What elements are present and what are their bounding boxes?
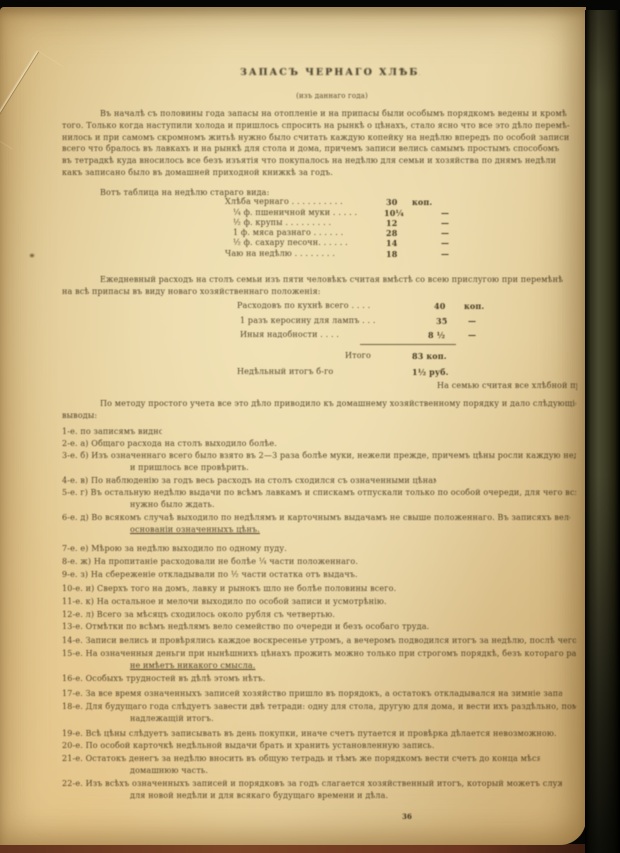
scan-text-layer: ЗАПАСЪ ЧЕРНАГО ХЛѢБА(изъ даннаго года)Въ…: [0, 0, 620, 853]
text-line: 21-е. Остатокъ денегъ за недѣлю вносить …: [62, 754, 540, 764]
text-line: ¼ ф. пшеничной муки . . . . .: [233, 208, 377, 218]
text-line: нилось и при самомъ скромномъ житьѣ нужн…: [62, 133, 576, 143]
text-line: 30: [386, 197, 410, 207]
text-line: и пришлось все провѣрить.: [130, 463, 294, 473]
text-line: коп.: [464, 301, 498, 311]
text-line: Итого: [345, 351, 393, 361]
text-line: 12-е. л) Всего за мѣсяцъ сходилось около…: [62, 610, 382, 620]
text-line: 17-е. За все время означенныхъ записей х…: [62, 689, 562, 699]
text-line: Въ началѣ съ половины года запасы на ото…: [100, 109, 576, 119]
text-line: —: [468, 316, 482, 326]
text-line: —: [441, 228, 455, 238]
text-line: 18: [386, 249, 410, 259]
text-line: Иныя надобности . . . .: [240, 330, 370, 340]
text-line: 1 ф. мяса разнаго . . . . . .: [233, 228, 377, 238]
text-line: Хлѣба чернаго . . . . . . . . . .: [225, 197, 377, 207]
text-line: Чаю на недѣлю . . . . . . . .: [225, 249, 377, 259]
text-line: 28: [386, 228, 410, 238]
text-line: —: [441, 238, 455, 248]
text-line: въ тетрадкѣ куда вносилось все безъ изъя…: [62, 156, 576, 166]
text-line: —: [441, 249, 455, 259]
text-line: нужно было ждать.: [130, 500, 234, 510]
text-line: 13-е. Отмѣтки по всѣмъ недѣлямъ вело сем…: [62, 622, 482, 632]
text-line: [360, 344, 456, 345]
text-line: —: [441, 208, 455, 218]
text-line: какъ записано было въ домашней приходной…: [62, 168, 418, 178]
text-line: На семью считая все хлѣбной прибавки.: [437, 381, 577, 391]
text-line: 83 коп.: [412, 351, 468, 361]
text-line: выводы:: [62, 411, 112, 421]
text-line: не имѣетъ никакого смысла.: [130, 661, 304, 671]
text-line: 6-е. д) Во всякомъ случаѣ выходило по не…: [62, 513, 570, 523]
text-line: 4-е. в) По наблюденію за годъ весь расхо…: [62, 476, 436, 486]
text-line: 8-е. ж) На пропитаніе расходовали не бол…: [62, 557, 372, 567]
text-line: надлежащій итогъ.: [130, 714, 234, 724]
text-line: 3-е. б) Изъ означеннаго всего было взято…: [62, 451, 576, 461]
text-line: 5-е. г) Въ остальную недѣлю выдачи по вс…: [62, 488, 576, 498]
text-line: Недѣльный итогъ б-го: [237, 367, 349, 377]
text-line: 8 ½: [428, 330, 462, 340]
text-line: 2-е. а) Общаго расхода на столъ выходило…: [62, 439, 294, 449]
text-line: 11-е. к) На остальное и мелочи выходило …: [62, 597, 434, 607]
text-line: 1½ руб.: [412, 367, 472, 377]
text-line: По методу простого учета все это дѣло пр…: [100, 399, 576, 409]
text-line: 9-е. з) На сбереженіе откладывали по ½ ч…: [62, 570, 402, 580]
text-line: —: [468, 330, 482, 340]
text-line: 1 разъ керосину для лампъ . . .: [240, 316, 395, 326]
text-line: 19-е. Всѣ цѣны слѣдуетъ записывать въ де…: [62, 729, 562, 739]
text-line: Расходовъ по кухнѣ всего . . . .: [237, 301, 395, 311]
text-line: 22-е. Изъ всѣхъ означенныхъ записей и по…: [62, 779, 562, 789]
text-line: 10-е. и) Сверхъ того на домъ, лавку и ры…: [62, 584, 434, 594]
text-line: для новой недѣли и для всякаго будущаго …: [130, 791, 394, 801]
text-line: коп.: [412, 197, 448, 207]
text-line: 14: [386, 238, 410, 248]
text-line: 7-е. е) Мѣрою за недѣлю выходило по одно…: [62, 544, 306, 554]
text-line: всего что бралось въ лавкахъ и на рынкѣ …: [62, 144, 576, 154]
text-line: 18-е. Для будущаго года слѣдуетъ завести…: [62, 702, 576, 712]
text-line: 35: [436, 316, 460, 326]
text-line: того. Только когда наступили холода и пр…: [62, 121, 576, 131]
text-line: Ежедневный расходъ на столъ семьи изъ пя…: [100, 275, 576, 285]
scanned-book-page: ЗАПАСЪ ЧЕРНАГО ХЛѢБА(изъ даннаго года)Въ…: [0, 0, 620, 853]
text-line: 20-е. По особой карточкѣ недѣльной выдач…: [62, 741, 482, 751]
text-line: 1-е. по записямъ видно.: [62, 427, 162, 437]
text-line: 10¼: [384, 208, 412, 218]
text-line: 14-е. Записи велись и провѣрялись каждое…: [62, 636, 576, 646]
page-number: 36: [394, 812, 420, 822]
text-line: —: [441, 218, 455, 228]
text-line: ½ ф. крупы . . . . . . . . .: [233, 218, 377, 228]
text-line: 16-е. Особыхъ трудностей въ дѣлѣ этомъ н…: [62, 674, 302, 684]
book-cover-binding: [585, 10, 620, 853]
page-subtitle: (изъ даннаго года): [272, 91, 392, 101]
text-line: на всѣ припасы въ виду новаго хозяйствен…: [62, 287, 348, 297]
text-line: 15-е. На означенныя деньги при нынѣшнихъ…: [62, 649, 576, 659]
text-line: ½ ф. сахару песочн. . . . . .: [233, 238, 377, 248]
text-line: домашнюю часть.: [130, 766, 238, 776]
text-line: основаніи означенныхъ цѣнъ.: [130, 525, 294, 535]
text-line: 40: [434, 301, 460, 311]
text-line: 12: [386, 218, 410, 228]
page-title: ЗАПАСЪ ЧЕРНАГО ХЛѢБА: [240, 68, 420, 78]
